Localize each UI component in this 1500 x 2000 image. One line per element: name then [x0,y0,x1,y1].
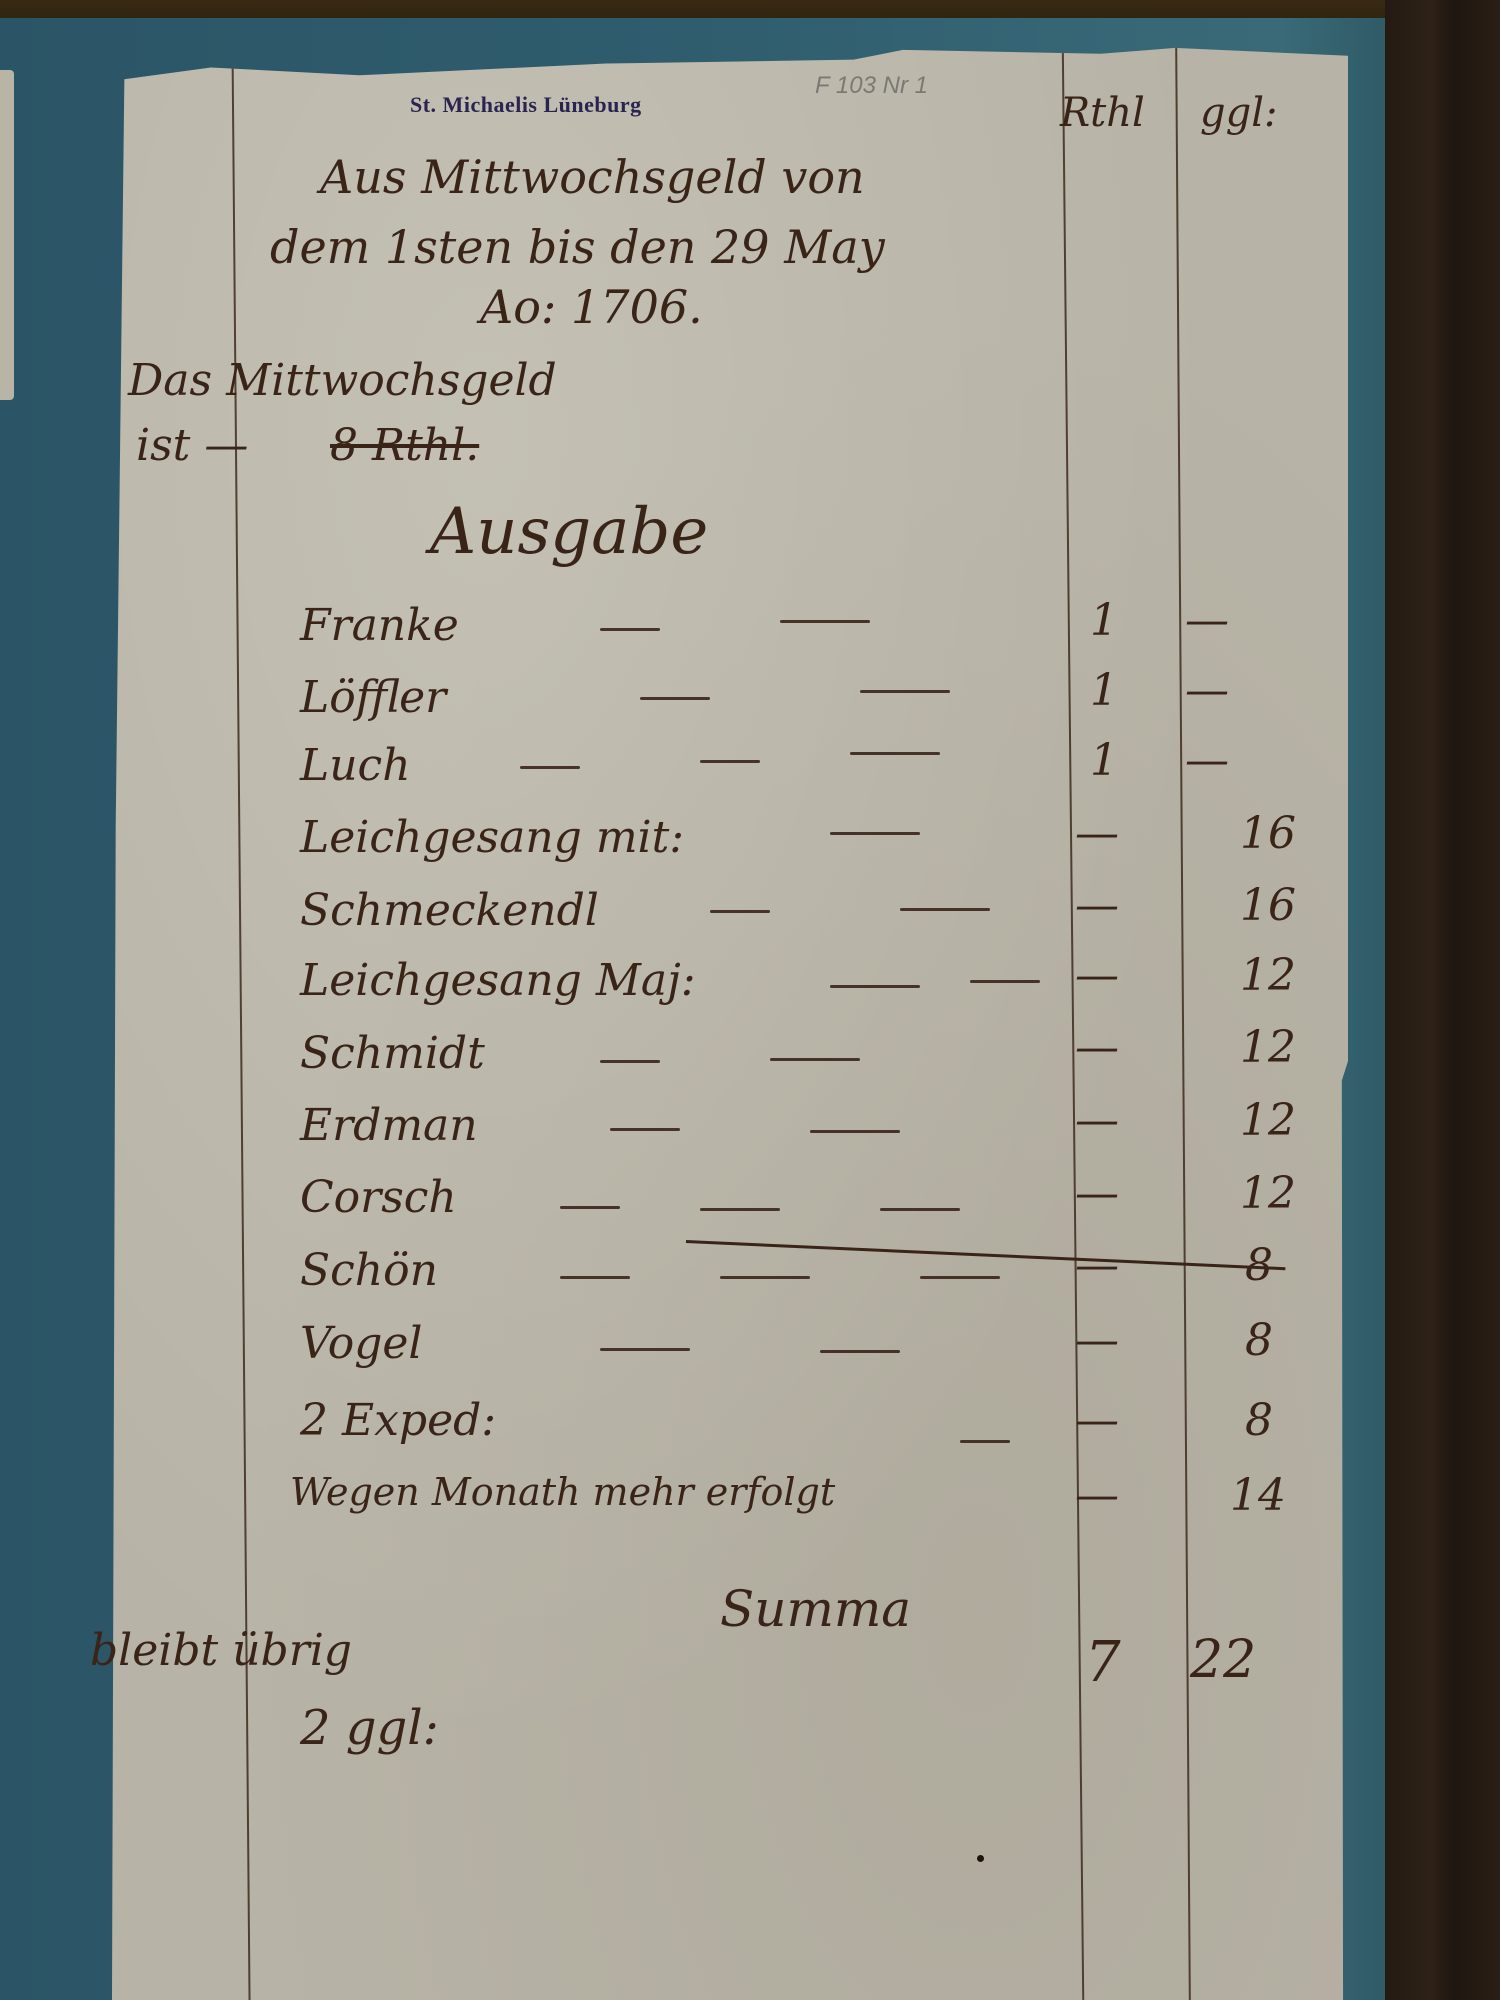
entry-thaler: — [1075,1240,1119,1291]
filler-dash [600,628,660,631]
filler-dash [710,910,770,913]
entry-thaler: — [1075,1168,1119,1219]
filler-dash [640,697,710,700]
filler-dash [560,1206,620,1209]
entry-thaler: 1 [1090,665,1118,716]
entry-groschen: — [1185,735,1229,786]
entry-thaler: — [1075,1395,1119,1446]
entry-groschen: — [1185,665,1229,716]
filler-dash [770,1058,860,1061]
filler-dash [880,1208,960,1211]
entry-name: Leichgesang mit: [300,812,684,863]
title-line-3: Ao: 1706. [480,280,703,334]
entry-groschen: — [1185,595,1229,646]
filler-dash [520,766,580,769]
adjacent-sheet-edge [0,70,14,400]
filler-dash [700,760,760,763]
entry-thaler: — [1075,1095,1119,1146]
title-line-1: Aus Mittwochsgeld von [320,150,865,204]
filler-dash [850,752,940,755]
entry-name: Erdman [300,1100,478,1151]
filler-dash [610,1128,680,1131]
filler-dash [830,832,920,835]
filler-dash [900,908,990,911]
total-thaler: 7 [1085,1630,1121,1695]
entry-name: Schön [300,1245,438,1296]
entry-thaler: — [1075,950,1119,1001]
archival-pencil-note: F 103 Nr 1 [815,72,928,100]
section-heading: Ausgabe [430,495,708,569]
wooden-surface [1385,0,1500,2000]
entry-thaler: — [1075,880,1119,931]
entry-name: Corsch [300,1172,457,1223]
filler-dash [970,980,1040,983]
entry-name: 2 Exped: [300,1395,496,1446]
filler-dash [700,1208,780,1211]
remainder-label: bleibt übrig [90,1625,352,1676]
filler-dash [600,1348,690,1351]
entry-name: Schmeckendl [300,885,599,936]
entry-thaler: — [1075,1470,1119,1521]
left-margin-rule [231,44,250,2000]
entry-name: Franke [300,600,459,651]
ledger-page [112,44,1348,2000]
entry-name: Schmidt [300,1028,485,1079]
filler-dash [780,620,870,623]
entry-thaler: — [1075,1315,1119,1366]
filler-dash [720,1276,810,1279]
receipt-label-line2: ist — [136,420,248,471]
filler-dash [810,1130,900,1133]
filler-dash [860,690,950,693]
archive-stamp: St. Michaelis Lüneburg [410,92,642,118]
entry-groschen: 12 [1240,1022,1296,1073]
filler-dash [920,1276,1000,1279]
entry-name: Luch [300,740,411,791]
entry-name: Löffler [300,672,446,723]
groschen-column-header: ggl: [1200,90,1277,136]
entry-name: Wegen Monath mehr erfolgt [290,1470,835,1514]
entry-name: Vogel [300,1318,423,1369]
entry-thaler: — [1075,1022,1119,1073]
thaler-column-header: Rthl [1060,90,1145,136]
filler-dash [820,1350,900,1353]
filler-dash [960,1440,1010,1443]
filler-dash [830,985,920,988]
title-line-2: dem 1sten bis den 29 May [270,220,885,274]
receipt-label-line1: Das Mittwochsgeld [128,355,557,406]
entry-groschen: 12 [1240,1095,1296,1146]
entry-groschen: 8 [1245,1395,1273,1446]
filler-dash [560,1276,630,1279]
entry-name: Leichgesang Maj: [300,955,696,1006]
entry-groschen: 12 [1240,950,1296,1001]
total-label: Summa [720,1580,911,1638]
entry-thaler: 1 [1090,595,1118,646]
entry-thaler: 1 [1090,735,1118,786]
entry-groschen: 16 [1240,880,1296,931]
entry-groschen: 14 [1230,1470,1286,1521]
filler-dash [600,1060,660,1063]
total-groschen: 22 [1190,1630,1256,1690]
entry-groschen: 8 [1245,1315,1273,1366]
entry-groschen: 16 [1240,808,1296,859]
groschen-column-rule [1175,44,1191,2000]
remainder-amount: 2 ggl: [300,1700,439,1756]
ink-spot [977,1855,984,1862]
receipt-amount: 8 Rthl. [330,420,479,471]
entry-groschen: 12 [1240,1168,1296,1219]
entry-thaler: — [1075,808,1119,859]
